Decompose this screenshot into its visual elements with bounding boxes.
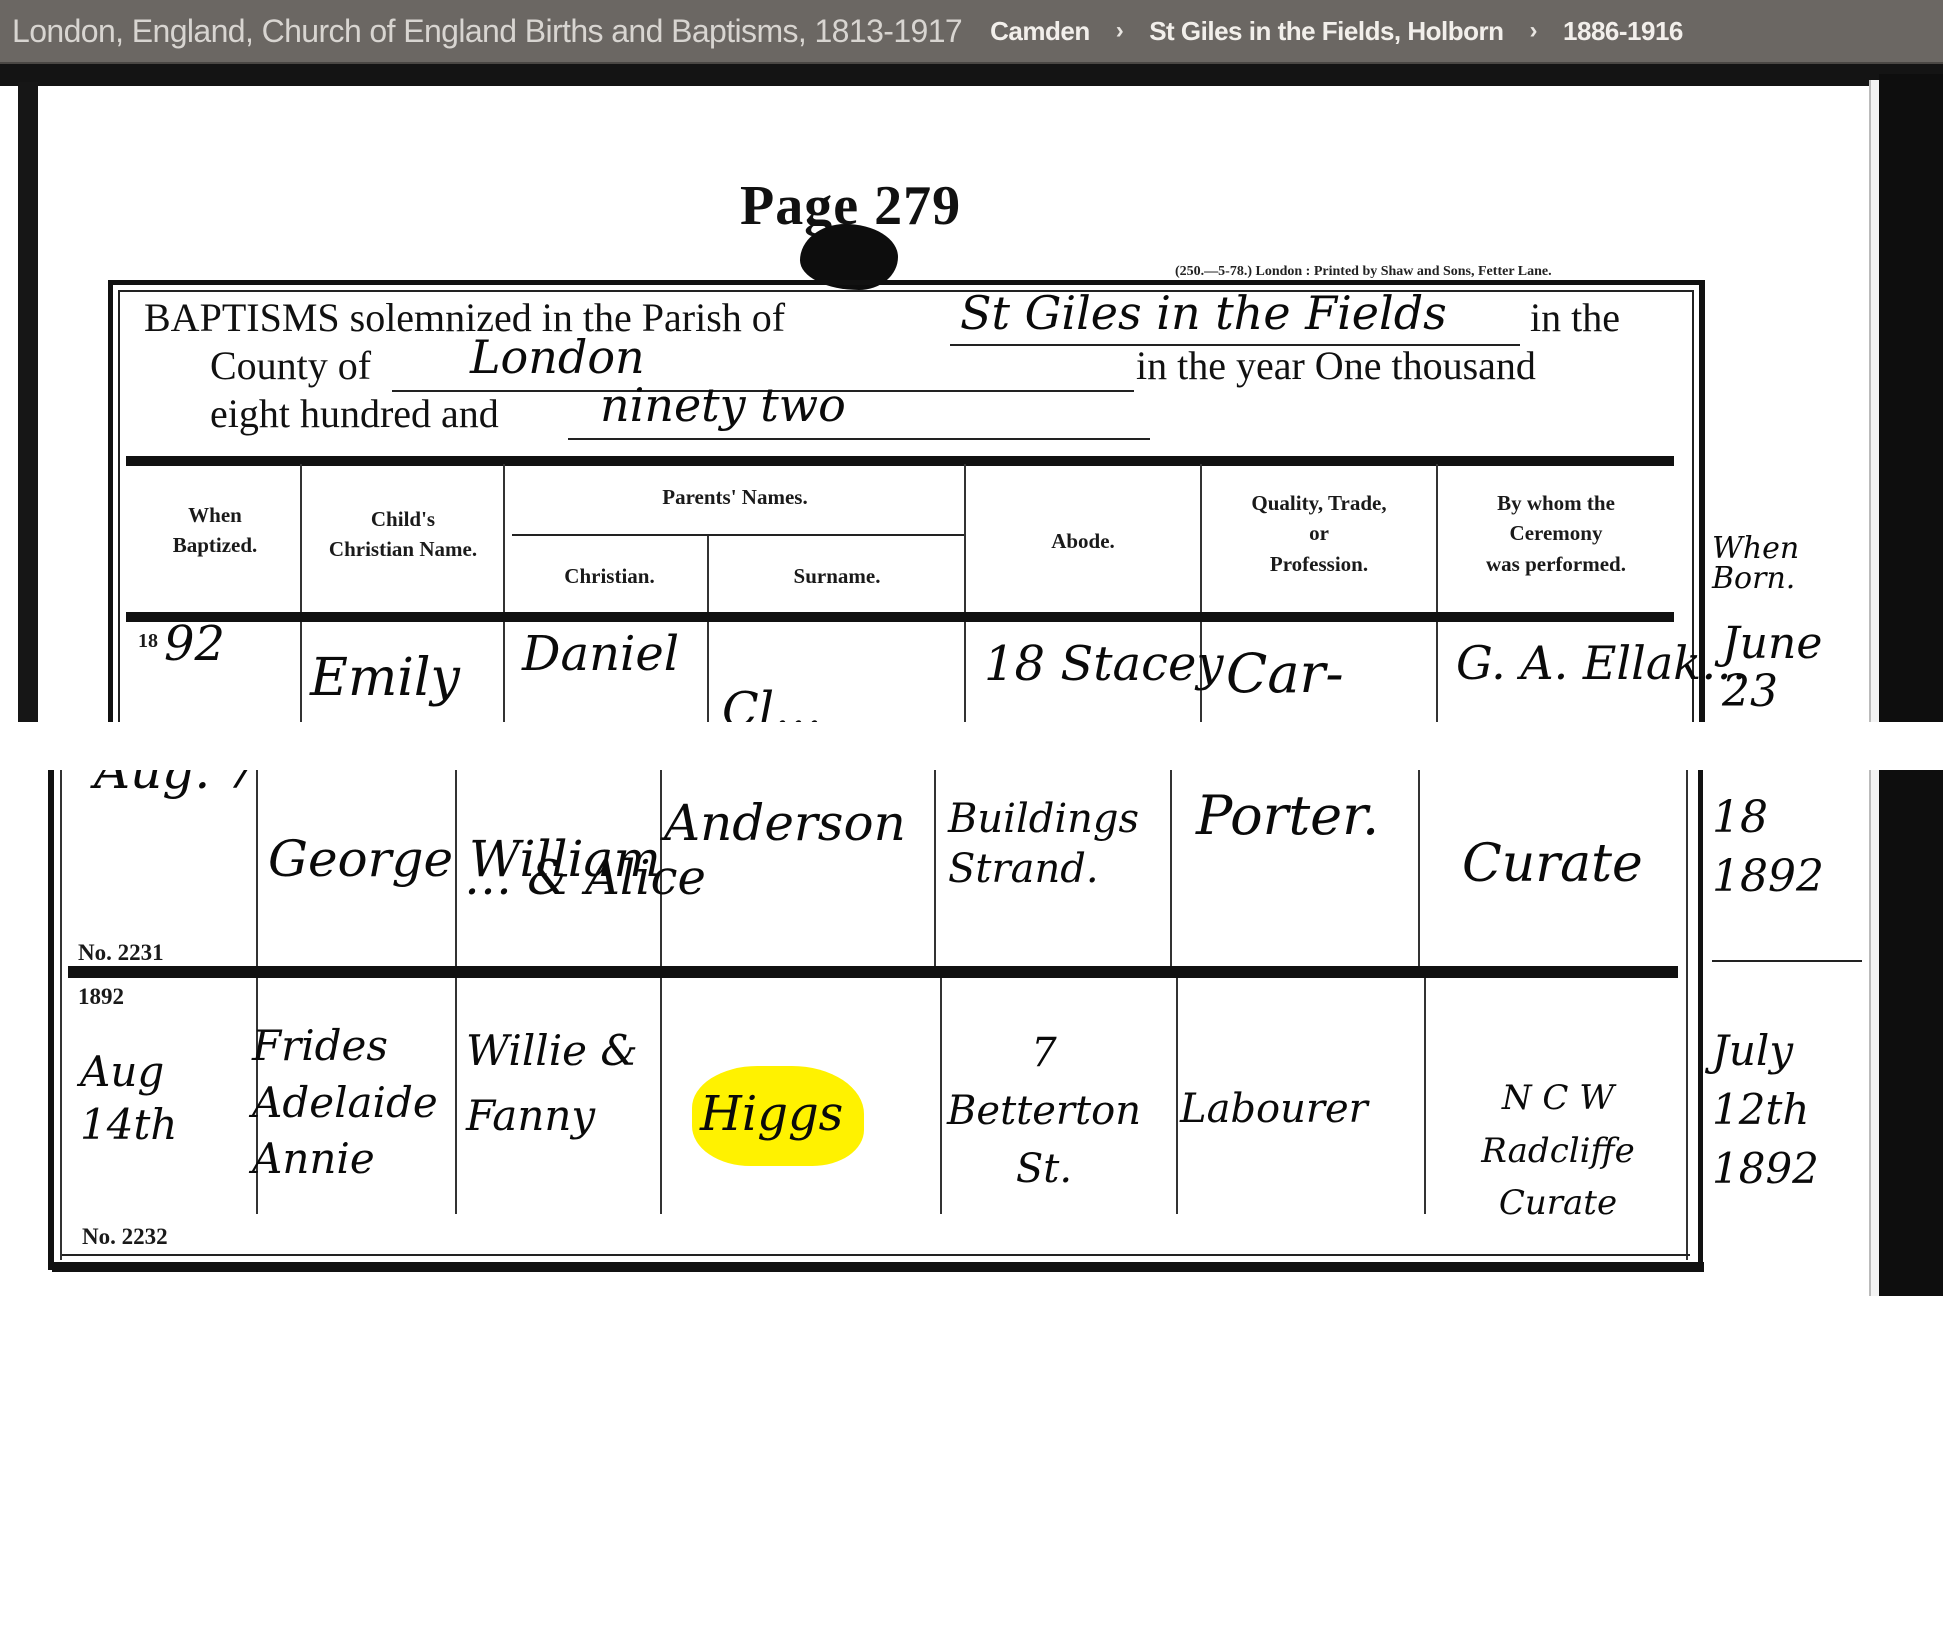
column-parents-surname: Surname. bbox=[710, 561, 964, 591]
entry-3-year: 1892 bbox=[78, 984, 124, 1010]
entry-1-when-born: June 23 bbox=[1722, 620, 1832, 717]
column-childs-name: Child's Christian Name. bbox=[304, 504, 502, 565]
breadcrumb: Camden › St Giles in the Fields, Holborn… bbox=[990, 16, 1683, 47]
book-binding bbox=[0, 64, 1943, 86]
column-parents-christian: Christian. bbox=[512, 561, 707, 591]
page-edge bbox=[1869, 80, 1879, 722]
page-edge bbox=[1869, 770, 1879, 1296]
column-when-baptized: When Baptized. bbox=[130, 500, 300, 561]
column-abode: Abode. bbox=[966, 526, 1200, 556]
column-profession: Quality, Trade, or Profession. bbox=[1202, 488, 1436, 579]
entry-2-date: Aug. 7 bbox=[94, 770, 258, 800]
parish-handwritten: St Giles in the Fields bbox=[960, 286, 1447, 340]
form-line-3: eight hundred and bbox=[210, 390, 499, 437]
year-handwritten: ninety two bbox=[600, 378, 846, 432]
entry-3-abode: 7 Betterton St. bbox=[944, 1024, 1144, 1198]
printer-note: (250.—5-78.) London : Printed by Shaw an… bbox=[1175, 264, 1552, 280]
entry-1-year-printed: 18 bbox=[138, 630, 158, 653]
column-parents-names: Parents' Names. bbox=[506, 482, 964, 512]
breadcrumb-camden[interactable]: Camden bbox=[990, 16, 1090, 47]
entry-2-number: No. 2231 bbox=[78, 940, 164, 966]
entry-2-parent-christian: … & Alice bbox=[464, 850, 706, 906]
margin-when-born: When Born. bbox=[1712, 534, 1799, 594]
entry-2-surname: Anderson bbox=[664, 794, 906, 852]
entry-1-ceremony-by: G. A. Ellak… bbox=[1456, 636, 1747, 690]
entry-2-ceremony-by: Curate bbox=[1462, 834, 1643, 894]
entry-1-child: Emily bbox=[310, 648, 460, 708]
county-handwritten: London bbox=[470, 330, 645, 384]
document-image-bottom: Aug. 7 George William … & Alice Anderson… bbox=[0, 770, 1943, 1296]
entry-1-abode: 18 Stacey bbox=[984, 636, 1224, 692]
book-binding-right bbox=[1879, 74, 1943, 722]
breadcrumb-st-giles[interactable]: St Giles in the Fields, Holborn bbox=[1149, 16, 1503, 47]
entry-3-surname: Higgs bbox=[700, 1086, 843, 1142]
entry-2-when-born: 18 1892 bbox=[1712, 788, 1822, 907]
book-binding-left bbox=[18, 82, 38, 722]
form-line-2: County of bbox=[210, 342, 371, 389]
column-ceremony-by: By whom the Ceremony was performed. bbox=[1438, 488, 1674, 579]
entry-3-number: No. 2232 bbox=[82, 1224, 168, 1250]
entry-2-abode: Buildings Strand. bbox=[948, 794, 1168, 894]
entry-1-year: 92 bbox=[164, 616, 225, 672]
book-binding-right bbox=[1879, 770, 1943, 1296]
entry-1-profession: Car- bbox=[1226, 642, 1344, 705]
breadcrumb-bar: London, England, Church of England Birth… bbox=[0, 0, 1943, 64]
document-image-top: Page 279 (250.—5-78.) London : Printed b… bbox=[0, 64, 1943, 722]
chevron-right-icon: › bbox=[1530, 17, 1538, 45]
entry-1-parent-christian: Daniel bbox=[522, 626, 679, 682]
entry-3-child: Frides Adelaide Annie bbox=[252, 1018, 462, 1188]
entry-3-when-born: July 12th 1892 bbox=[1712, 1022, 1832, 1198]
form-line-2-suffix: in the year One thousand bbox=[1136, 342, 1536, 389]
form-line-1: BAPTISMS solemnized in the Parish of bbox=[144, 294, 785, 341]
entry-1-surname: Cl… bbox=[722, 682, 822, 722]
entry-3-parent-christian: Willie & Fanny bbox=[466, 1018, 646, 1148]
breadcrumb-1886-1916[interactable]: 1886-1916 bbox=[1563, 16, 1683, 47]
entry-2-profession: Porter. bbox=[1196, 784, 1379, 847]
entry-3-date: Aug 14th bbox=[80, 1046, 250, 1151]
form-line-1-suffix: in the bbox=[1530, 294, 1620, 341]
entry-3-ceremony-by: N C W Radcliffe Curate bbox=[1428, 1072, 1688, 1230]
chevron-right-icon: › bbox=[1116, 17, 1124, 45]
collection-title: London, England, Church of England Birth… bbox=[12, 13, 962, 50]
entry-3-profession: Labourer bbox=[1180, 1086, 1368, 1132]
